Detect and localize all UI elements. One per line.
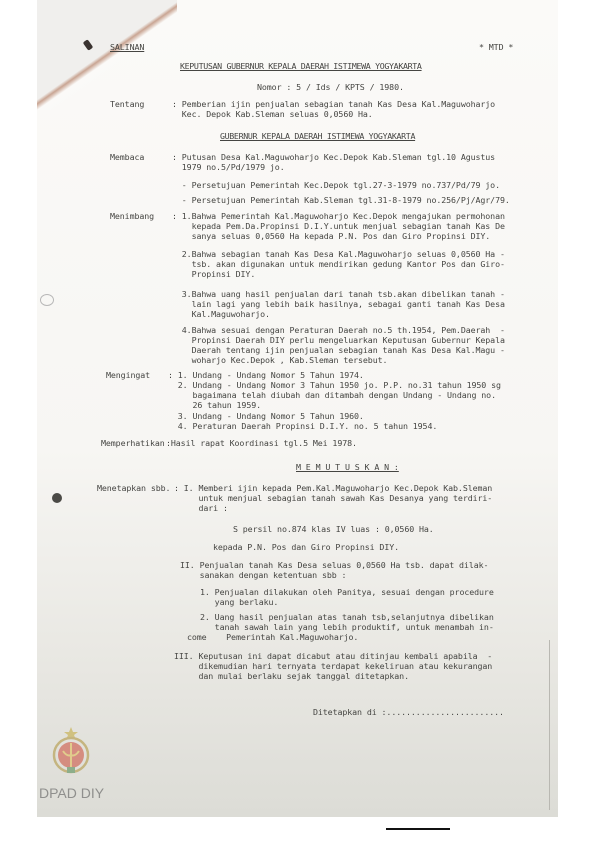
menimbang-line: 2.Bahwa sebagian tanah Kas Desa Kal.Magu… bbox=[172, 249, 505, 260]
menimbang-line: Propinsi Daerah DIY perlu mengeluarkan K… bbox=[172, 335, 505, 346]
menimbang-line: kepada Pem.Da.Propinsi D.I.Y.untuk menju… bbox=[172, 221, 505, 232]
mengingat-line: 2. Undang - Undang Nomor 3 Tahun 1950 jo… bbox=[168, 380, 501, 391]
governor-heading: GUBERNUR KEPALA DAERAH ISTIMEWA YOGYAKAR… bbox=[220, 131, 415, 142]
memperhatikan-text: :Hasil rapat Koordinasi tgl.5 Mei 1978. bbox=[166, 438, 357, 449]
menimbang-line: 3.Bahwa uang hasil penjualan dari tanah … bbox=[172, 289, 505, 300]
watermark-text: DPAD DIY bbox=[39, 785, 104, 801]
menimbang-line: Propinsi DIY. bbox=[172, 269, 255, 280]
document-page: SALINAN * MTD * KEPUTUSAN GUBERNUR KEPAL… bbox=[37, 0, 558, 817]
decree-number: Nomor : 5 / Ids / KPTS / 1980. bbox=[257, 82, 404, 93]
menimbang-line: 4.Bahwa sesuai dengan Peraturan Daerah n… bbox=[172, 325, 505, 336]
copy-label: SALINAN bbox=[110, 42, 144, 53]
membaca-line: - Persetujuan Pemerintah Kab.Sleman tgl.… bbox=[172, 195, 510, 206]
menimbang-line: woharjo Kec.Depok , Kab.Sleman tersebut. bbox=[172, 355, 387, 366]
recipient-line: kepada P.N. Pos dan Giro Propinsi DIY. bbox=[213, 542, 399, 553]
ink-blot bbox=[52, 493, 62, 503]
menetapkan-line: come Pemerintah Kal.Maguwoharjo. bbox=[187, 632, 358, 643]
tentang-label: Tentang bbox=[110, 99, 144, 110]
menetapkan-label: Menetapkan sbb. bbox=[97, 483, 170, 494]
menetapkan-line: : I. Memberi ijin kepada Pem.Kal.Maguwoh… bbox=[174, 483, 492, 494]
tentang-line: : Pemberian ijin penjualan sebagian tana… bbox=[172, 99, 495, 110]
membaca-line: 1979 no.5/Pd/1979 jo. bbox=[172, 162, 285, 173]
mengingat-label: Mengingat bbox=[106, 370, 150, 381]
folded-corner bbox=[37, 0, 177, 110]
coat-of-arms-icon bbox=[51, 727, 91, 779]
page-indicator-bar bbox=[386, 828, 450, 830]
mengingat-line: 3. Undang - Undang Nomor 5 Tahun 1960. bbox=[168, 411, 364, 422]
menetapkan-line: sanakan dengan ketentuan sbb : bbox=[180, 570, 346, 581]
menetapkan-line: dikemudian hari ternyata terdapat kekeli… bbox=[174, 661, 492, 672]
mengingat-line: 26 tahun 1959. bbox=[168, 400, 261, 411]
menetapkan-line: III. Keputusan ini dapat dicabut atau di… bbox=[174, 651, 492, 662]
menetapkan-line: dan mulai berlaku sejak tanggal ditetapk… bbox=[174, 671, 409, 682]
signature-place: Ditetapkan di :........................ bbox=[313, 707, 504, 718]
menetapkan-line: dari : bbox=[174, 503, 228, 514]
memperhatikan-label: Memperhatikan bbox=[101, 438, 165, 449]
menetapkan-line: II. Penjualan tanah Kas Desa seluas 0,05… bbox=[180, 560, 488, 571]
tentang-line: Kec. Depok Kab.Sleman seluas 0,0560 Ha. bbox=[172, 109, 373, 120]
menetapkan-line: 2. Uang hasil penjualan atas tanah tsb,s… bbox=[200, 612, 494, 623]
decree-title: KEPUTUSAN GUBERNUR KEPALA DAERAH ISTIMEW… bbox=[180, 61, 422, 72]
mengingat-line: 4. Peraturan Daerah Propinsi D.I.Y. no. … bbox=[168, 421, 437, 432]
parcel-line: S persil no.874 klas IV luas : 0,0560 Ha… bbox=[233, 524, 434, 535]
menimbang-line: tsb. akan digunakan untuk mendirikan ged… bbox=[172, 259, 505, 270]
memutuskan-heading: M E M U T U S K A N : bbox=[296, 462, 399, 473]
menimbang-line: Daerah tentang ijin penjualan sebagian t… bbox=[172, 345, 505, 356]
menetapkan-line: tanah sawah lain yang lebih produktif, u… bbox=[200, 622, 494, 633]
membaca-line: - Persetujuan Pemerintah Kec.Depok tgl.2… bbox=[172, 180, 500, 191]
menetapkan-line: yang berlaku. bbox=[200, 597, 278, 608]
mengingat-line: bagaimana telah diubah dan ditambah deng… bbox=[168, 390, 496, 401]
menetapkan-line: untuk menjual sebagian tanah sawah Kas D… bbox=[174, 493, 492, 504]
menimbang-line: Kal.Maguwoharjo. bbox=[172, 309, 270, 320]
mengingat-line: : 1. Undang - Undang Nomor 5 Tahun 1974. bbox=[168, 370, 364, 381]
menimbang-label: Menimbang bbox=[110, 211, 154, 222]
code-mark: * MTD * bbox=[479, 42, 513, 53]
paper-edge bbox=[549, 640, 550, 810]
menetapkan-line: 1. Penjualan dilakukan oleh Panitya, ses… bbox=[200, 587, 494, 598]
membaca-line: : Putusan Desa Kal.Maguwoharjo Kec.Depok… bbox=[172, 152, 495, 163]
menimbang-line: : 1.Bahwa Pemerintah Kal.Maguwoharjo Kec… bbox=[172, 211, 505, 222]
membaca-label: Membaca bbox=[110, 152, 144, 163]
punch-hole bbox=[40, 294, 54, 306]
menimbang-line: lain lagi yang lebih baik hasilnya, seba… bbox=[172, 299, 505, 310]
menimbang-line: sanya seluas 0,0560 Ha kepada P.N. Pos d… bbox=[172, 231, 490, 242]
